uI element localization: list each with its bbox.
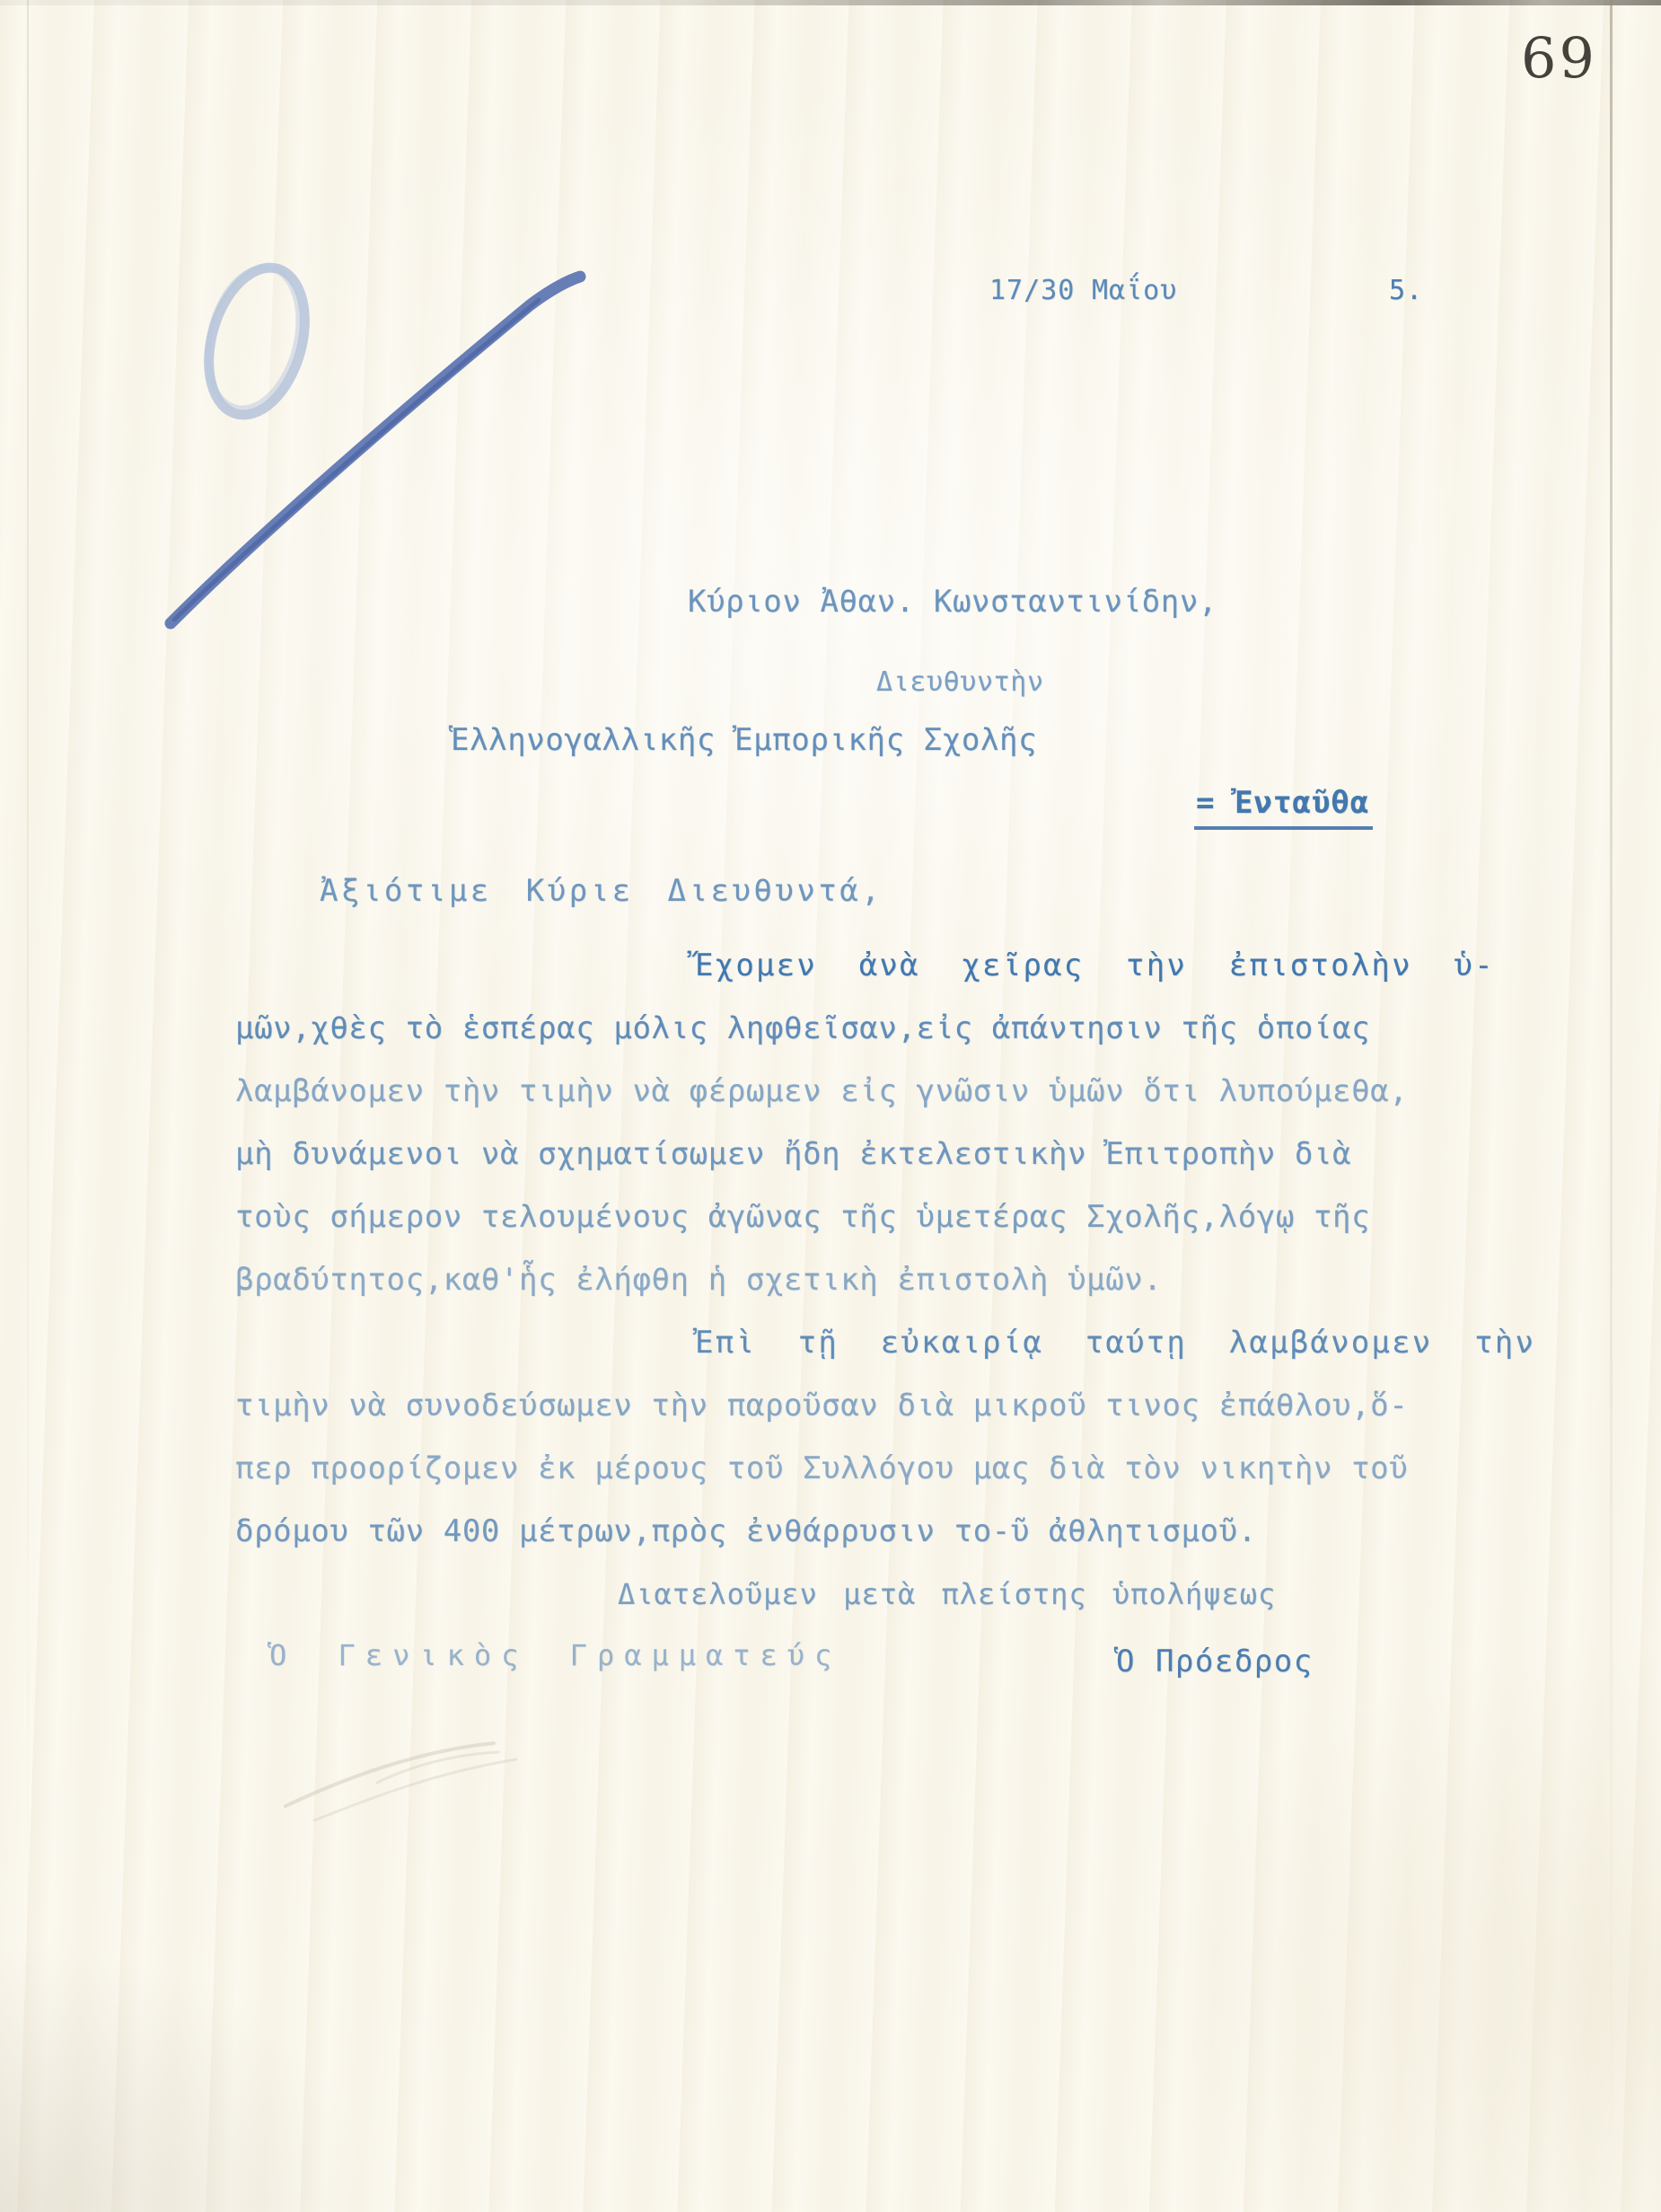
closing-formula: Διατελοῦμεν μετὰ πλείστης ὑπολήψεως	[618, 1577, 1276, 1611]
body-line: Ἐπὶ τῇ εὐκαιρίᾳ ταύτῃ λαμβάνομεν τὴν	[235, 1311, 1600, 1374]
pencil-scribble	[269, 1720, 646, 1837]
body-line: τοὺς σήμερον τελουμένους ἀγῶνας τῆς ὑμετ…	[235, 1185, 1600, 1248]
recipient-organization: Ἑλληνογαλλικῆς Ἐμπορικῆς Σχολῆς	[451, 722, 1037, 758]
signature-president: Ὁ Πρόεδρος	[1116, 1644, 1314, 1679]
signature-secretary: Ὁ Γενικὸς Γραμματεύς	[269, 1638, 841, 1672]
letter-body: Ἔχομεν ἀνὰ χεῖρας τὴν ἐπιστολὴν ὑ- μῶν,χ…	[235, 934, 1600, 1563]
body-line: μὴ δυνάμενοι νὰ σχηματίσωμεν ἤδη ἐκτελεσ…	[235, 1123, 1600, 1185]
letter-date-days: 17/30	[989, 275, 1075, 306]
letter-date-number: 5.	[1389, 275, 1423, 306]
salutation: Ἀξιότιμε Κύριε Διευθυντά,	[320, 873, 883, 909]
handwritten-check-mark-icon	[144, 232, 628, 654]
page-number: 69	[1521, 25, 1597, 91]
recipient-name: Κύριον Ἀθαν. Κωνσταντινίδην,	[688, 584, 1217, 620]
body-line: λαμβάνομεν τὴν τιμὴν νὰ φέρωμεν εἰς γνῶσ…	[235, 1060, 1600, 1123]
body-line: μῶν,χθὲς τὸ ἑσπέρας μόλις ληφθεῖσαν,εἰς …	[235, 997, 1600, 1060]
scanned-letter-page: 69 17/30 Μαΐου 5. Κύριον Ἀθαν. Κωνσταντι…	[0, 0, 1661, 2212]
recipient-title: Διευθυντὴν	[876, 666, 1044, 698]
recipient-location: = Ἐνταῦθα	[1194, 785, 1373, 830]
scan-top-edge	[0, 0, 1661, 5]
paper-crease-left	[27, 0, 29, 2212]
body-line: βραδύτητος,καθ'ἧς ἐλήφθη ἡ σχετικὴ ἐπιστ…	[235, 1248, 1600, 1311]
body-line: Ἔχομεν ἀνὰ χεῖρας τὴν ἐπιστολὴν ὑ-	[235, 934, 1600, 997]
body-line: δρόμου τῶν 400 μέτρων,πρὸς ἐνθάρρυσιν το…	[235, 1500, 1600, 1563]
body-line: τιμὴν νὰ συνοδεύσωμεν τὴν παροῦσαν διὰ μ…	[235, 1374, 1600, 1437]
body-line: περ προορίζομεν ἐκ μέρους τοῦ Συλλόγου μ…	[235, 1437, 1600, 1500]
paper-crease-right	[1610, 0, 1613, 2212]
letter-date-month: Μαΐου	[1092, 275, 1177, 306]
